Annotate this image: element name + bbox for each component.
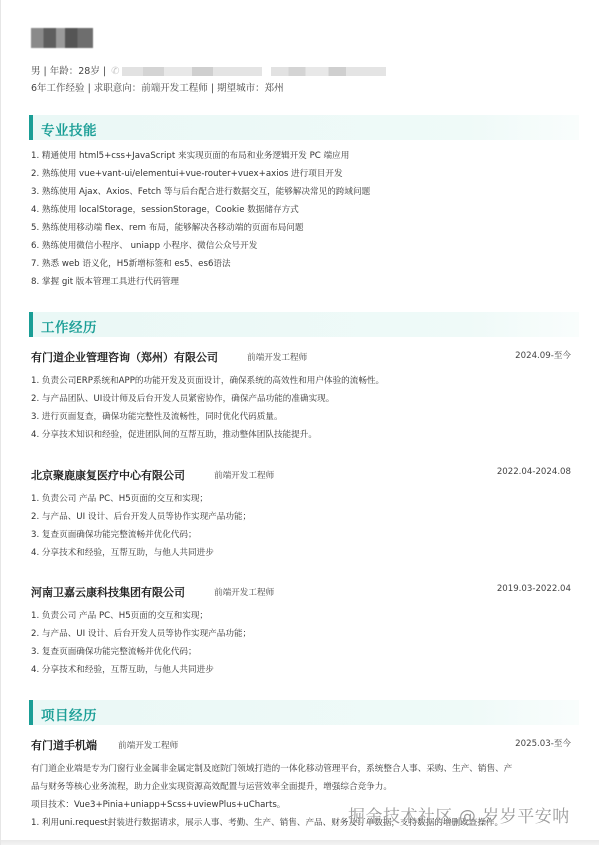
job-duty: 3. 进行页面复查，确保功能完整性及流畅性，同时优化代码质量。: [31, 411, 283, 423]
email-blurred: [271, 67, 386, 76]
job-role: 前端开发工程师: [214, 586, 274, 598]
project-header: 有门道手机端 前端开发工程师 2025.03-至今: [31, 737, 571, 753]
watermark: 掘金技术社区 @ 岁岁平安呐: [348, 802, 570, 827]
section-title: 工作经历: [41, 316, 97, 336]
job-header: 有门道企业管理咨询（郑州）有限公司 前端开发工程师 2024.09-至今: [31, 349, 571, 365]
separator: |: [100, 66, 109, 77]
resume-page: 男 | 年龄：28岁 | ✆ 6年工作经验 | 求职意向：前端开发工程师 | 期…: [0, 0, 599, 845]
project-tech: 项目技术：Vue3+Pinia+uniapp+Scss+uviewPlus+uC…: [31, 799, 285, 811]
job-intention: 求职意向：前端开发工程师: [94, 83, 208, 94]
section-title: 项目经历: [41, 704, 97, 724]
skill-item: 8. 掌握 git 版本管理工具进行代码管理: [31, 276, 179, 288]
job-duty: 1. 负责公司ERP系统和APP的功能开发及页面设计，确保系统的高效性和用户体验…: [31, 375, 384, 387]
job-date: 2024.09-至今: [515, 349, 571, 361]
section-accent-bar: [29, 700, 33, 725]
section-header-skills: 专业技能: [29, 115, 579, 140]
section-accent-bar: [29, 115, 33, 140]
project-description: 有门道企业端是专为门窗行业金属非金属定制及庭院门领域打造的一体化移动管理平台，系…: [31, 763, 512, 775]
job-duty: 1. 负责公司 产品 PC、H5页面的交互和实现；: [31, 493, 208, 505]
section-header-work: 工作经历: [29, 312, 579, 337]
job-duty: 3. 复查页面确保功能完整流畅并优化代码；: [31, 646, 197, 658]
project-date: 2025.03-至今: [515, 737, 571, 749]
candidate-name-blurred: [31, 28, 93, 48]
skill-item: 3. 熟练使用 Ajax、Axios、Fetch 等与后台配合进行数据交互，能够…: [31, 186, 370, 198]
job-info-line: 6年工作经验 | 求职意向：前端开发工程师 | 期望城市：郑州: [31, 83, 284, 95]
project-name: 有门道手机端: [31, 737, 97, 753]
job-duty: 2. 与产品、UI 设计、后台开发人员等协作实现产品功能；: [31, 628, 251, 640]
section-accent-bar: [29, 312, 33, 337]
basic-info-line: 男 | 年龄：28岁 | ✆: [31, 66, 386, 78]
job-date: 2019.03-2022.04: [497, 584, 571, 594]
project-description: 品与财务等核心业务流程，助力企业实现资源高效配置与运营效率全面提升，增强综合竞争…: [31, 781, 392, 793]
job-duty: 2. 与产品团队、UI设计师及后台开发人员紧密协作，确保产品功能的准确实现。: [31, 393, 334, 405]
page-bottom-edge: [1, 840, 599, 845]
project-role: 前端开发工程师: [118, 739, 178, 751]
skill-item: 4. 熟练使用 localStorage，sessionStorage，Cook…: [31, 204, 299, 216]
separator: |: [208, 83, 217, 94]
job-date: 2022.04-2024.08: [497, 467, 571, 477]
phone-number-blurred: [122, 67, 262, 76]
separator: |: [41, 66, 50, 77]
job-duty: 2. 与产品、UI 设计、后台开发人员等协作实现产品功能；: [31, 511, 251, 523]
job-duty: 4. 分享技术和经验，互帮互助，与他人共同进步: [31, 547, 214, 559]
skill-item: 2. 熟练使用 vue+vant-ui/elementui+vue-router…: [31, 168, 343, 180]
job-header: 河南卫嘉云康科技集团有限公司 前端开发工程师 2019.03-2022.04: [31, 584, 571, 600]
company-name: 河南卫嘉云康科技集团有限公司: [31, 584, 185, 600]
job-role: 前端开发工程师: [247, 351, 307, 363]
skill-item: 6. 熟练使用微信小程序、 uniapp 小程序、微信公众号开发: [31, 240, 257, 252]
job-role: 前端开发工程师: [214, 469, 274, 481]
job-duty: 3. 复查页面确保功能完整流畅并优化代码；: [31, 529, 197, 541]
job-duty: 1. 负责公司 产品 PC、H5页面的交互和实现；: [31, 610, 208, 622]
skill-item: 1. 精通使用 html5+css+JavaScript 来实现页面的布局和业务…: [31, 150, 349, 162]
separator: |: [85, 83, 94, 94]
job-header: 北京聚鹿康复医疗中心有限公司 前端开发工程师 2022.04-2024.08: [31, 467, 571, 483]
phone-icon: ✆: [111, 66, 119, 77]
section-title: 专业技能: [41, 119, 97, 139]
skill-item: 5. 熟练使用移动端 flex、rem 布局，能够解决各移动端的页面布局问题: [31, 222, 303, 234]
job-duty: 4. 分享技术知识和经验，促进团队间的互帮互助，推动整体团队技能提升。: [31, 429, 317, 441]
skill-item: 7. 熟悉 web 语义化，H5新增标签和 es5、es6语法: [31, 258, 231, 270]
company-name: 有门道企业管理咨询（郑州）有限公司: [31, 349, 218, 365]
experience: 6年工作经验: [31, 83, 85, 94]
age: 年龄：28岁: [50, 66, 100, 77]
section-header-projects: 项目经历: [29, 700, 579, 725]
expected-city: 期望城市：郑州: [217, 83, 284, 94]
job-duty: 4. 分享技术和经验，互帮互助，与他人共同进步: [31, 664, 214, 676]
company-name: 北京聚鹿康复医疗中心有限公司: [31, 467, 185, 483]
gender: 男: [31, 66, 41, 77]
